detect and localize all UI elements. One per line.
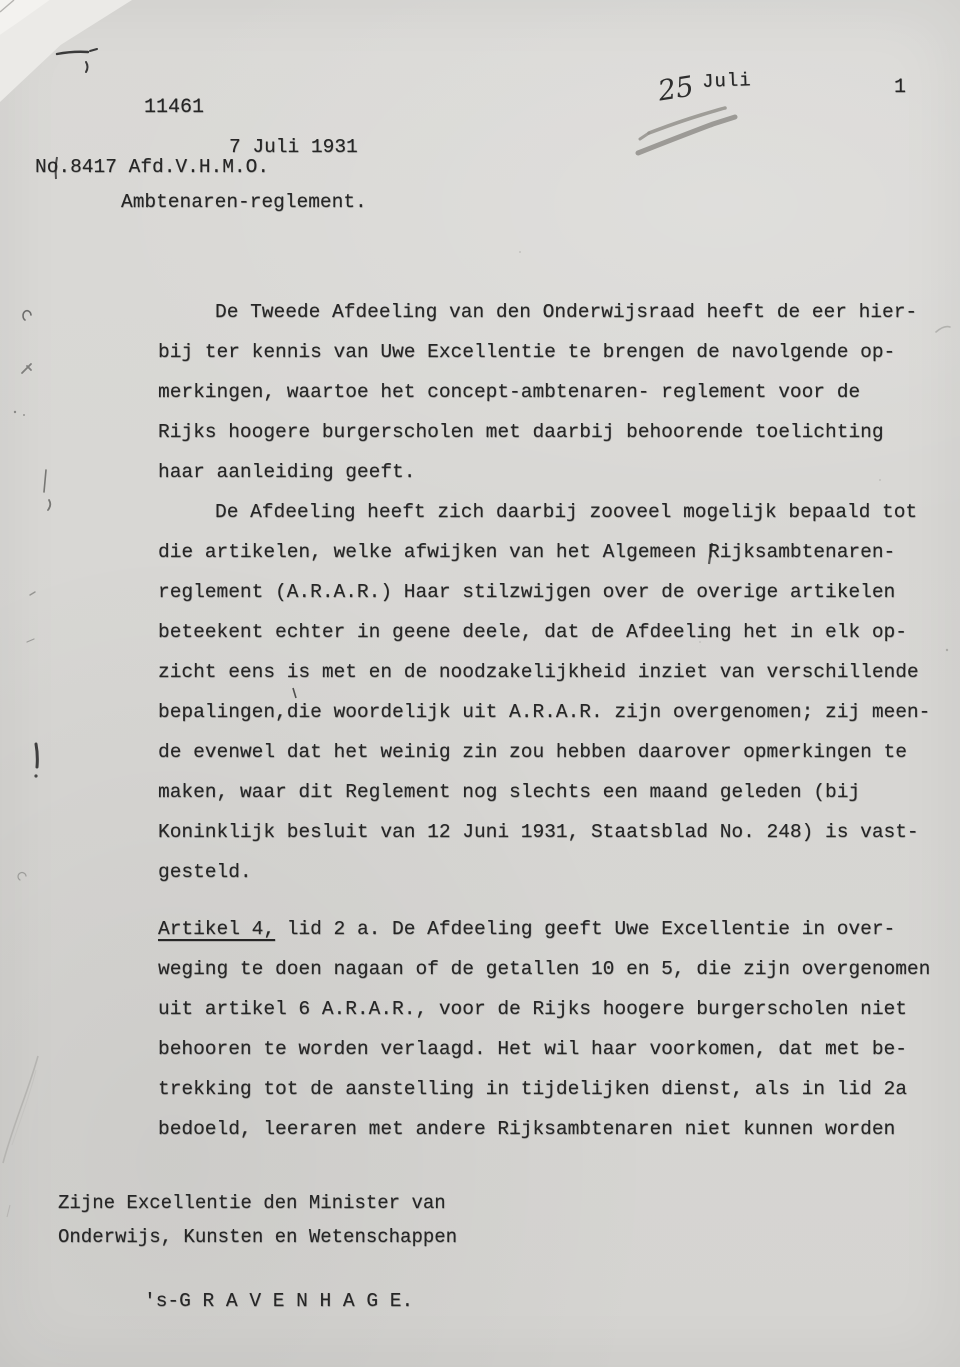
text-line: De Afdeeling heeft zich daarbij zooveel … [158,492,950,532]
text-line: reglement (A.R.A.R.) Haar stilzwijgen ov… [158,572,950,612]
date-line: 7 Juli 1931 [229,136,358,158]
page-number: 1 [894,76,906,99]
text-line: zicht eens is met en de noodzakelijkheid… [158,652,950,692]
text-line: Koninklijk besluit van 12 Juni 1931, Sta… [158,812,950,852]
reference-line: No.8417 Afd.V.H.M.O. [35,156,269,178]
text-line: gesteld. [158,852,950,892]
text-line: De Tweede Afdeeling van den Onderwijsraa… [158,292,950,332]
paper-crease [3,1056,38,1217]
text-line: maken, waar dit Reglement nog slechts ee… [158,772,950,812]
subject-line: Ambtenaren-reglement. [121,191,367,213]
text-line: trekking tot de aanstelling in tijdelijk… [158,1069,950,1109]
addressee-block: Zijne Excellentie den Minister van Onder… [58,1186,457,1254]
text-line: bij ter kennis van Uwe Excellentie te br… [158,332,950,372]
underlined-text: Artikel 4, [158,918,275,940]
text-line: die artikelen, welke afwijken van het Al… [158,532,950,572]
text-line: weging te doen nagaan of de getallen 10 … [158,949,950,989]
pencil-strokes [638,108,735,153]
text-line: bepalingen,die woordelijk uit A.R.A.R. z… [158,692,950,732]
corner-pen-mark [57,49,97,72]
document-number: 11461 [144,96,204,119]
document-page: 11461 1 25 Juli 7 Juli 1931 No.8417 Afd.… [0,0,960,1367]
margin-marks [14,311,50,880]
text-line: beteekent echter in geene deele, dat de … [158,612,950,652]
paragraph-2: De Afdeeling heeft zich daarbij zooveel … [158,492,950,892]
letter-body: De Tweede Afdeeling van den Onderwijsraa… [158,292,950,1149]
date-stamp-month: Juli [702,69,752,93]
text-line: behooren te worden verlaagd. Het wil haa… [158,1029,950,1069]
addressee-line-2: Onderwijs, Kunsten en Wetenschappen [58,1220,457,1254]
handwritten-day: 25 [656,69,696,107]
paragraph-3: Artikel 4, lid 2 a. De Afdeeling geeft U… [158,909,950,1149]
text-line: bedoeld, leeraren met andere Rijksambten… [158,1109,950,1149]
addressee-line-1: Zijne Excellentie den Minister van [58,1186,457,1220]
text-line: Artikel 4, lid 2 a. De Afdeeling geeft U… [158,909,950,949]
text-line: haar aanleiding geeft. [158,452,950,492]
city-line: 's-G R A V E N H A G E. [144,1290,413,1312]
text-line: Rijks hoogere burgerscholen met daarbij … [158,412,950,452]
text-line: de evenwel dat het weinig zin zou hebben… [158,732,950,772]
paragraph-1: De Tweede Afdeeling van den Onderwijsraa… [158,292,950,492]
text-line: uit artikel 6 A.R.A.R., voor de Rijks ho… [158,989,950,1029]
text-line: merkingen, waartoe het concept-ambtenare… [158,372,950,412]
